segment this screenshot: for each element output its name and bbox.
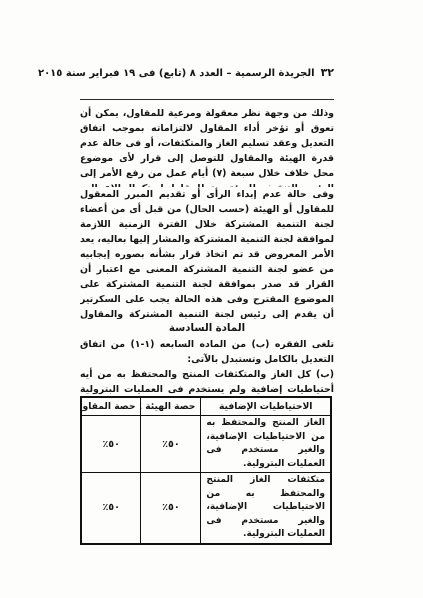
gazette-title: الجريدة الرسمية – العدد ٨ (تابع) فى ١٩ ف…: [38, 68, 315, 79]
column-header-contractor-share: حصة المقاول ٪: [81, 397, 141, 416]
column-header-authority-share: حصة الهيئة ٪: [141, 397, 201, 416]
article-heading: المادة السادسة: [80, 319, 334, 337]
table-row: الغاز المنتج والمحتفظ به من الاحتياطيات …: [81, 416, 331, 473]
table-header-row: الاحتياطيات الإضافية حصة الهيئة ٪ حصة ال…: [81, 397, 331, 416]
header-divider: [80, 99, 334, 100]
cell-authority-share: ٥٠٪: [141, 416, 201, 473]
cell-description: متكثفات الغاز المنتج والمحتفظ به من الاح…: [201, 473, 331, 544]
page-header: ٣٢ الجريدة الرسمية – العدد ٨ (تابع) فى ١…: [80, 66, 334, 79]
paragraph: وذلك من وجهة نظر معقولة ومرعية للمقاول، …: [80, 106, 334, 187]
column-header-additional-reserves: الاحتياطيات الإضافية: [201, 397, 331, 416]
page-number: ٣٢: [315, 66, 334, 79]
gazette-page: ٣٢ الجريدة الرسمية – العدد ٨ (تابع) فى ١…: [0, 0, 423, 598]
table-row: متكثفات الغاز المنتج والمحتفظ به من الاح…: [81, 473, 331, 544]
cell-authority-share: ٥٠٪: [141, 473, 201, 544]
paragraph: (ب) كل الغاز والمتكثفات المنتج والمحتفظ …: [80, 367, 334, 398]
paragraph-block: وفى حالة عدم إبداء الرأى أو تقديم المبرر…: [80, 187, 334, 319]
shares-table: الاحتياطيات الإضافية حصة الهيئة ٪ حصة ال…: [80, 396, 332, 545]
paragraph: تلغى الفقره (ب) من الماده السابعه (١-١) …: [80, 337, 334, 367]
cell-contractor-share: ٥٠٪: [81, 416, 141, 473]
article-body: وذلك من وجهة نظر معقولة ومرعية للمقاول، …: [80, 106, 334, 398]
paragraph: وفى حالة عدم إبداء الرأى أو تقديم المبرر…: [80, 187, 334, 319]
paragraph-block: تلغى الفقره (ب) من الماده السابعه (١-١) …: [80, 337, 334, 398]
cell-description: الغاز المنتج والمحتفظ به من الاحتياطيات …: [201, 416, 331, 473]
paragraph-block: وذلك من وجهة نظر معقولة ومرعية للمقاول، …: [80, 106, 334, 187]
cell-contractor-share: ٥٠٪: [81, 473, 141, 544]
